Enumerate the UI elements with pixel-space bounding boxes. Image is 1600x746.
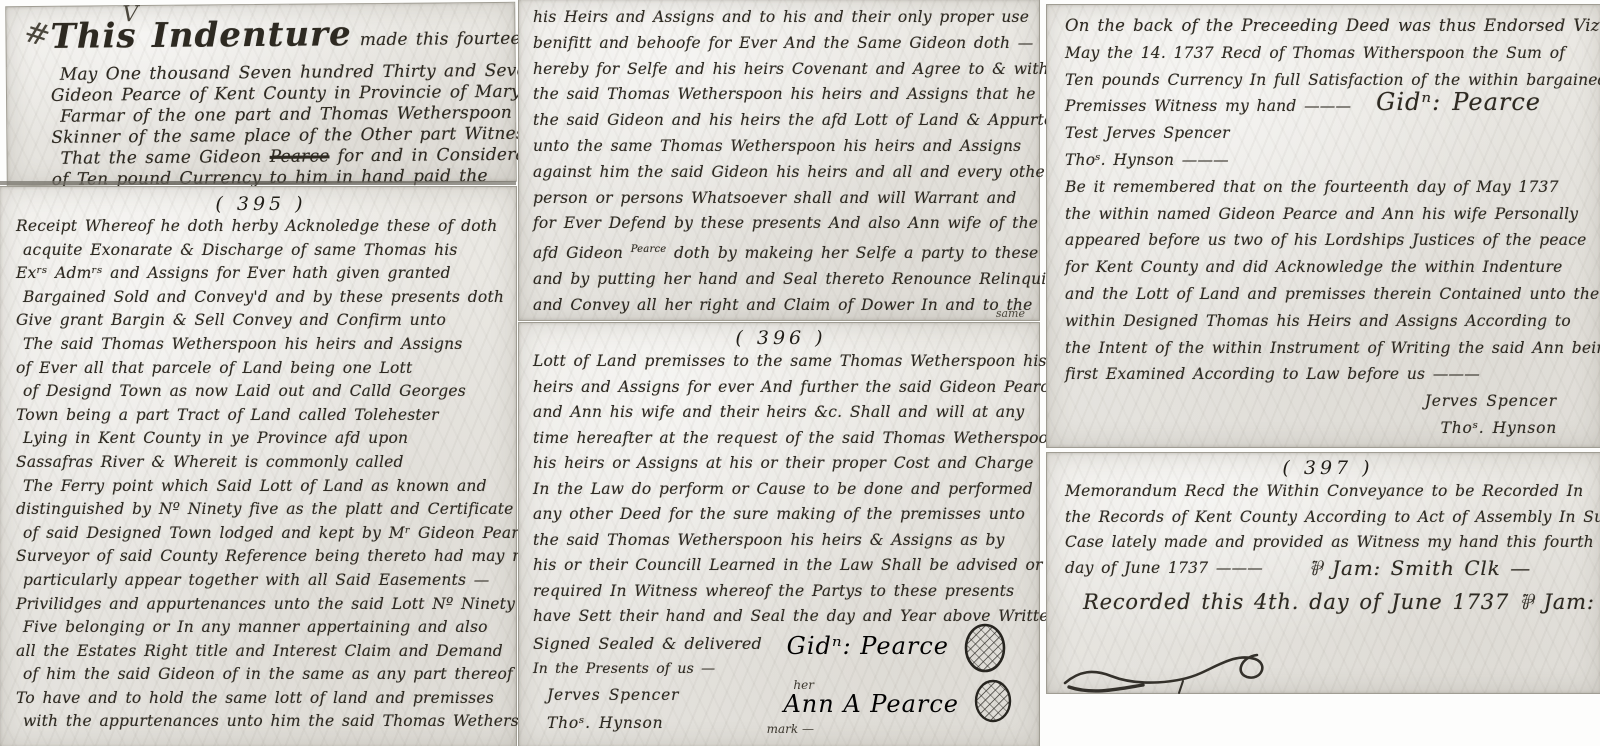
handwritten-line: the said Thomas Wetherspoon his heirs & … [533,528,1029,554]
handwritten-line: of Ever all that parcele of Land being o… [16,357,506,381]
handwritten-line: Lying in Kent County in ye Province afd … [16,427,506,451]
her-mark-note-bottom: mark — [767,722,814,736]
handwritten-line: heirs and Assigns for ever And further t… [533,375,1029,401]
handwritten-lines: Lott of Land premisses to the same Thoma… [533,349,1029,630]
catchword: same [996,307,1025,320]
handwritten-line: with the appurtenances unto him the said… [16,710,506,734]
handwritten-line: To have and to hold the same lott of lan… [16,687,506,711]
handwritten-line: In the Law do perform or Cause to be don… [533,477,1029,503]
line-text: Premisses Witness my hand ——— [1065,97,1351,115]
handwritten-line: unto the same Thomas Wetherspoon his hei… [533,134,1029,160]
handwritten-line: Thoˢ. Hynson ——— [1065,147,1591,174]
handwritten-line: person or persons Whatsoever shall and w… [533,186,1029,212]
handwritten-line: Memorandum Recd the Within Conveyance to… [1065,479,1591,505]
handwritten-line: his Heirs and Assigns and to his and the… [533,5,1029,31]
handwritten-line: of him the said Gideon of in the same as… [16,663,506,687]
line-text: day of June 1737 ——— [1065,559,1263,577]
endorsement-heading: On the back of the Preceeding Deed was t… [1065,13,1591,40]
handwritten-line: first Examined According to Law before u… [1065,361,1591,388]
clerk-signature-jam-smith: ⅌ Jam: Smith Clk — [1309,556,1531,582]
handwritten-line: have Sett their hand and Seal the day an… [533,604,1029,630]
handwritten-line: Receipt Whereof he doth herby Acknoledge… [16,215,506,239]
memorandum-lines: Memorandum Recd the Within Conveyance to… [1065,479,1591,556]
handwritten-lines: and by putting her hand and Seal thereto… [533,267,1029,319]
handwritten-line: and Convey all her right and Claim of Do… [533,293,1029,319]
wax-seal-icon [963,622,1007,674]
scan-page-fragment-top-left: # V This Indenture made this fourteenth … [5,2,517,186]
handwritten-line: of Designd Town as now Laid out and Call… [16,380,506,404]
struck-out-word: Pearce [270,146,330,167]
handwritten-lines: Receipt Whereof he doth herby Acknoledge… [16,215,506,734]
handwritten-line: all the Estates Right title and Interest… [16,640,506,664]
scan-page-fragment-middle-top: his Heirs and Assigns and to his and the… [518,0,1040,321]
handwritten-line: Case lately made and provided as Witness… [1065,530,1591,556]
handwritten-line: Exʳˢ Admʳˢ and Assigns for Ever hath giv… [16,262,506,286]
scan-page-395: ( 395 ) Receipt Whereof he doth herby Ac… [0,186,517,746]
handwritten-line: within Designed Thomas his Heirs and Ass… [1065,308,1591,335]
handwritten-lines: May the 14. 1737 Recd of Thomas Withersp… [1065,40,1591,94]
attestation-line: Signed Sealed & delivered [533,630,1029,657]
handwritten-line: appeared before us two of his Lordships … [1065,227,1591,254]
wax-seal-icon [973,678,1013,724]
handwritten-line: The said Thomas Wetherspoon his heirs an… [16,333,506,357]
handwritten-line: and by putting her hand and Seal thereto… [533,267,1029,293]
handwritten-line-with-interlineation: afd Gideon Pearce doth by makeing her Se… [533,237,1029,267]
handwritten-line: of said Designed Town lodged and kept by… [16,522,506,546]
handwritten-line: Premisses Witness my hand ——— Gidⁿ: Pear… [1065,93,1591,120]
signature-flourish-icon [1059,643,1329,695]
handwritten-line: and Ann his wife and their heirs &c. Sha… [533,400,1029,426]
handwritten-line: his heirs or Assigns at his or their pro… [533,451,1029,477]
witness-test-lines: Test Jerves SpencerThoˢ. Hynson ——— [1065,120,1591,174]
signature-gideon-pearce: Gidⁿ: Pearce [787,632,949,660]
handwritten-line: his or their Councill Learned in the Law… [533,553,1029,579]
handwritten-line: distinguished by Nº Ninety five as the p… [16,498,506,522]
scanned-deed-document: # V This Indenture made this fourteenth … [0,0,1600,746]
handwritten-line: Five belonging or In any manner appertai… [16,616,506,640]
handwritten-line: hereby for Selfe and his heirs Covenant … [533,57,1029,83]
line-text: afd Gideon [533,244,631,262]
line-text: That the same Gideon [60,147,269,169]
handwritten-line: for Kent County and did Acknowledge the … [1065,254,1591,281]
handwritten-line: required In Witness whereof the Partys t… [533,579,1029,605]
justice-signature-thos-hynson: Thoˢ. Hynson [1441,415,1557,442]
handwritten-line: Town being a part Tract of Land called T… [16,404,506,428]
handwritten-line: any other Deed for the sure making of th… [533,502,1029,528]
handwritten-line: Bargained Sold and Convey'd and by these… [16,286,506,310]
handwritten-line: the Records of Kent County According to … [1065,505,1591,531]
scan-endorsement-page: On the back of the Preceeding Deed was t… [1046,4,1600,448]
handwritten-line: against him the said Gideon his heirs an… [533,160,1029,186]
scan-page-396: ( 396 ) Lott of Land premisses to the sa… [518,322,1040,746]
handwritten-line: This Indenture made this fourteenth day … [50,11,502,65]
handwritten-lines: May One thousand Seven hundred Thirty an… [51,61,504,149]
handwritten-line: the said Gideon and his heirs the afd Lo… [533,108,1029,134]
handwritten-line: Lott of Land premisses to the same Thoma… [533,349,1029,375]
signature-block: Signed Sealed & delivered In the Present… [533,630,1029,746]
justice-signature-jerves-spencer: Jerves Spencer [1425,388,1557,415]
handwritten-line: Surveyor of said County Reference being … [16,545,506,569]
handwritten-line: day of June 1737 ——— ⅌ Jam: Smith Clk — [1065,556,1591,582]
indenture-opening-words: This Indenture [50,14,351,57]
handwritten-line: May the 14. 1737 Recd of Thomas Withersp… [1065,40,1591,67]
interlined-word: Pearce [631,244,667,255]
handwritten-line: the Intent of the within Instrument of W… [1065,335,1591,362]
signature-gideon-pearce: Gidⁿ: Pearce [1376,89,1541,116]
signature-ann-pearce: Ann A Pearce [783,690,959,718]
page-number: ( 396 ) [533,327,1029,349]
recorded-line: Recorded this 4th. day of June 1737 ⅌ Ja… [1065,581,1591,623]
page-number: ( 397 ) [1065,457,1591,479]
handwritten-line: and the Lott of Land and premisses there… [1065,281,1591,308]
handwritten-line: the within named Gideon Pearce and Ann h… [1065,201,1591,228]
handwritten-lines: his Heirs and Assigns and to his and the… [533,5,1029,237]
handwritten-line: the said Thomas Wetherspoon his heirs an… [533,82,1029,108]
handwritten-line: acquite Exonarate & Discharge of same Th… [16,239,506,263]
handwritten-line: Sassafras River & Whereit is commonly ca… [16,451,506,475]
scan-seam [0,181,516,185]
acknowledgement-lines: Be it remembered that on the fourteenth … [1065,174,1591,388]
page-number: ( 395 ) [16,193,506,215]
handwritten-line: Be it remembered that on the fourteenth … [1065,174,1591,201]
handwritten-line: benifitt and behoofe for Ever And the Sa… [533,31,1029,57]
attestation-line: In the Presents of us — [533,657,1029,681]
handwritten-line: Test Jerves Spencer [1065,120,1591,147]
scan-page-397: ( 397 ) Memorandum Recd the Within Conve… [1046,452,1600,694]
handwritten-line: particularly appear together with all Sa… [16,569,506,593]
handwritten-line: for Ever Defend by these presents And al… [533,211,1029,237]
handwritten-line: Privilidges and appurtenances unto the s… [16,593,506,617]
handwritten-line: The Ferry point which Said Lott of Land … [16,475,506,499]
handwritten-line: Give grant Bargin & Sell Convey and Conf… [16,309,506,333]
handwritten-line: time hereafter at the request of the sai… [533,426,1029,452]
